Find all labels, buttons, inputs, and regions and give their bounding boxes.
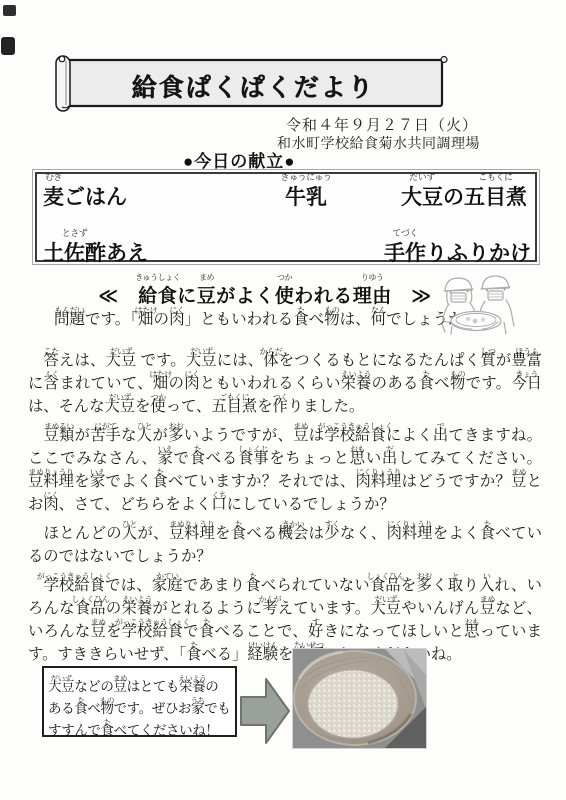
menu-item-tosazu-ae: 土佐酢とさずあえ xyxy=(43,226,148,267)
menu-item-barley-rice: 麦むぎごはん xyxy=(43,170,127,211)
menu-item-milk: 牛乳ぎゅうにゅう xyxy=(285,170,327,211)
paragraph-school-lunch-policy: 学校給食がっこうきゅうしょくでは、家庭かていであまり食たべられていない食品しょく… xyxy=(28,568,542,666)
menu-item-handmade-furikake: 手作てづくりふりかけ xyxy=(384,226,531,267)
right-arrow-icon xyxy=(240,675,290,747)
scan-artifact xyxy=(1,37,15,55)
organization-name: 和水町学校給食菊水共同調理場 xyxy=(277,133,480,153)
paragraph-meat-vs-beans: ほとんどの人ひとが、豆料理まめりょうりを食たべる機会きかいは少すくなく、肉料理に… xyxy=(28,516,542,568)
menu-item-soybean-gomokuni: 大豆だいずの五目煮ごもくに xyxy=(401,170,527,211)
lunch-duty-kids-illustration xyxy=(438,274,520,340)
article-body: 答こたえは、大豆だいず です。大豆だいずには、体からだをつくるもとになるたんぱく… xyxy=(28,341,542,666)
callout-box: 大豆だいずなどの豆まめはとても栄養えいようのある食たべ物ものです。ぜひお家うちで… xyxy=(42,666,237,737)
soybeans-in-basin-photo xyxy=(292,648,427,749)
page-title: 給食ぱくぱくだより xyxy=(53,68,453,104)
issue-date: 令和４年９月２７日（火） xyxy=(286,114,478,135)
paragraph-beans-at-home: 豆類まめるいが苦手にがてな人ひとが多おおいようですが、豆まめは学校給食がっこうき… xyxy=(28,418,542,516)
scan-artifact xyxy=(3,5,16,16)
paragraph-answer: 答こたえは、大豆だいず です。大豆だいずには、体からだをつくるもとになるたんぱく… xyxy=(28,341,542,418)
newsletter-page: 給食ぱくぱくだより 令和４年９月２７日（火） 和水町学校給食菊水共同調理場 ●今… xyxy=(0,0,566,800)
menu-box: 麦むぎごはん 牛乳ぎゅうにゅう 大豆だいずの五目煮ごもくに 土佐酢とさずあえ 手… xyxy=(32,169,540,265)
